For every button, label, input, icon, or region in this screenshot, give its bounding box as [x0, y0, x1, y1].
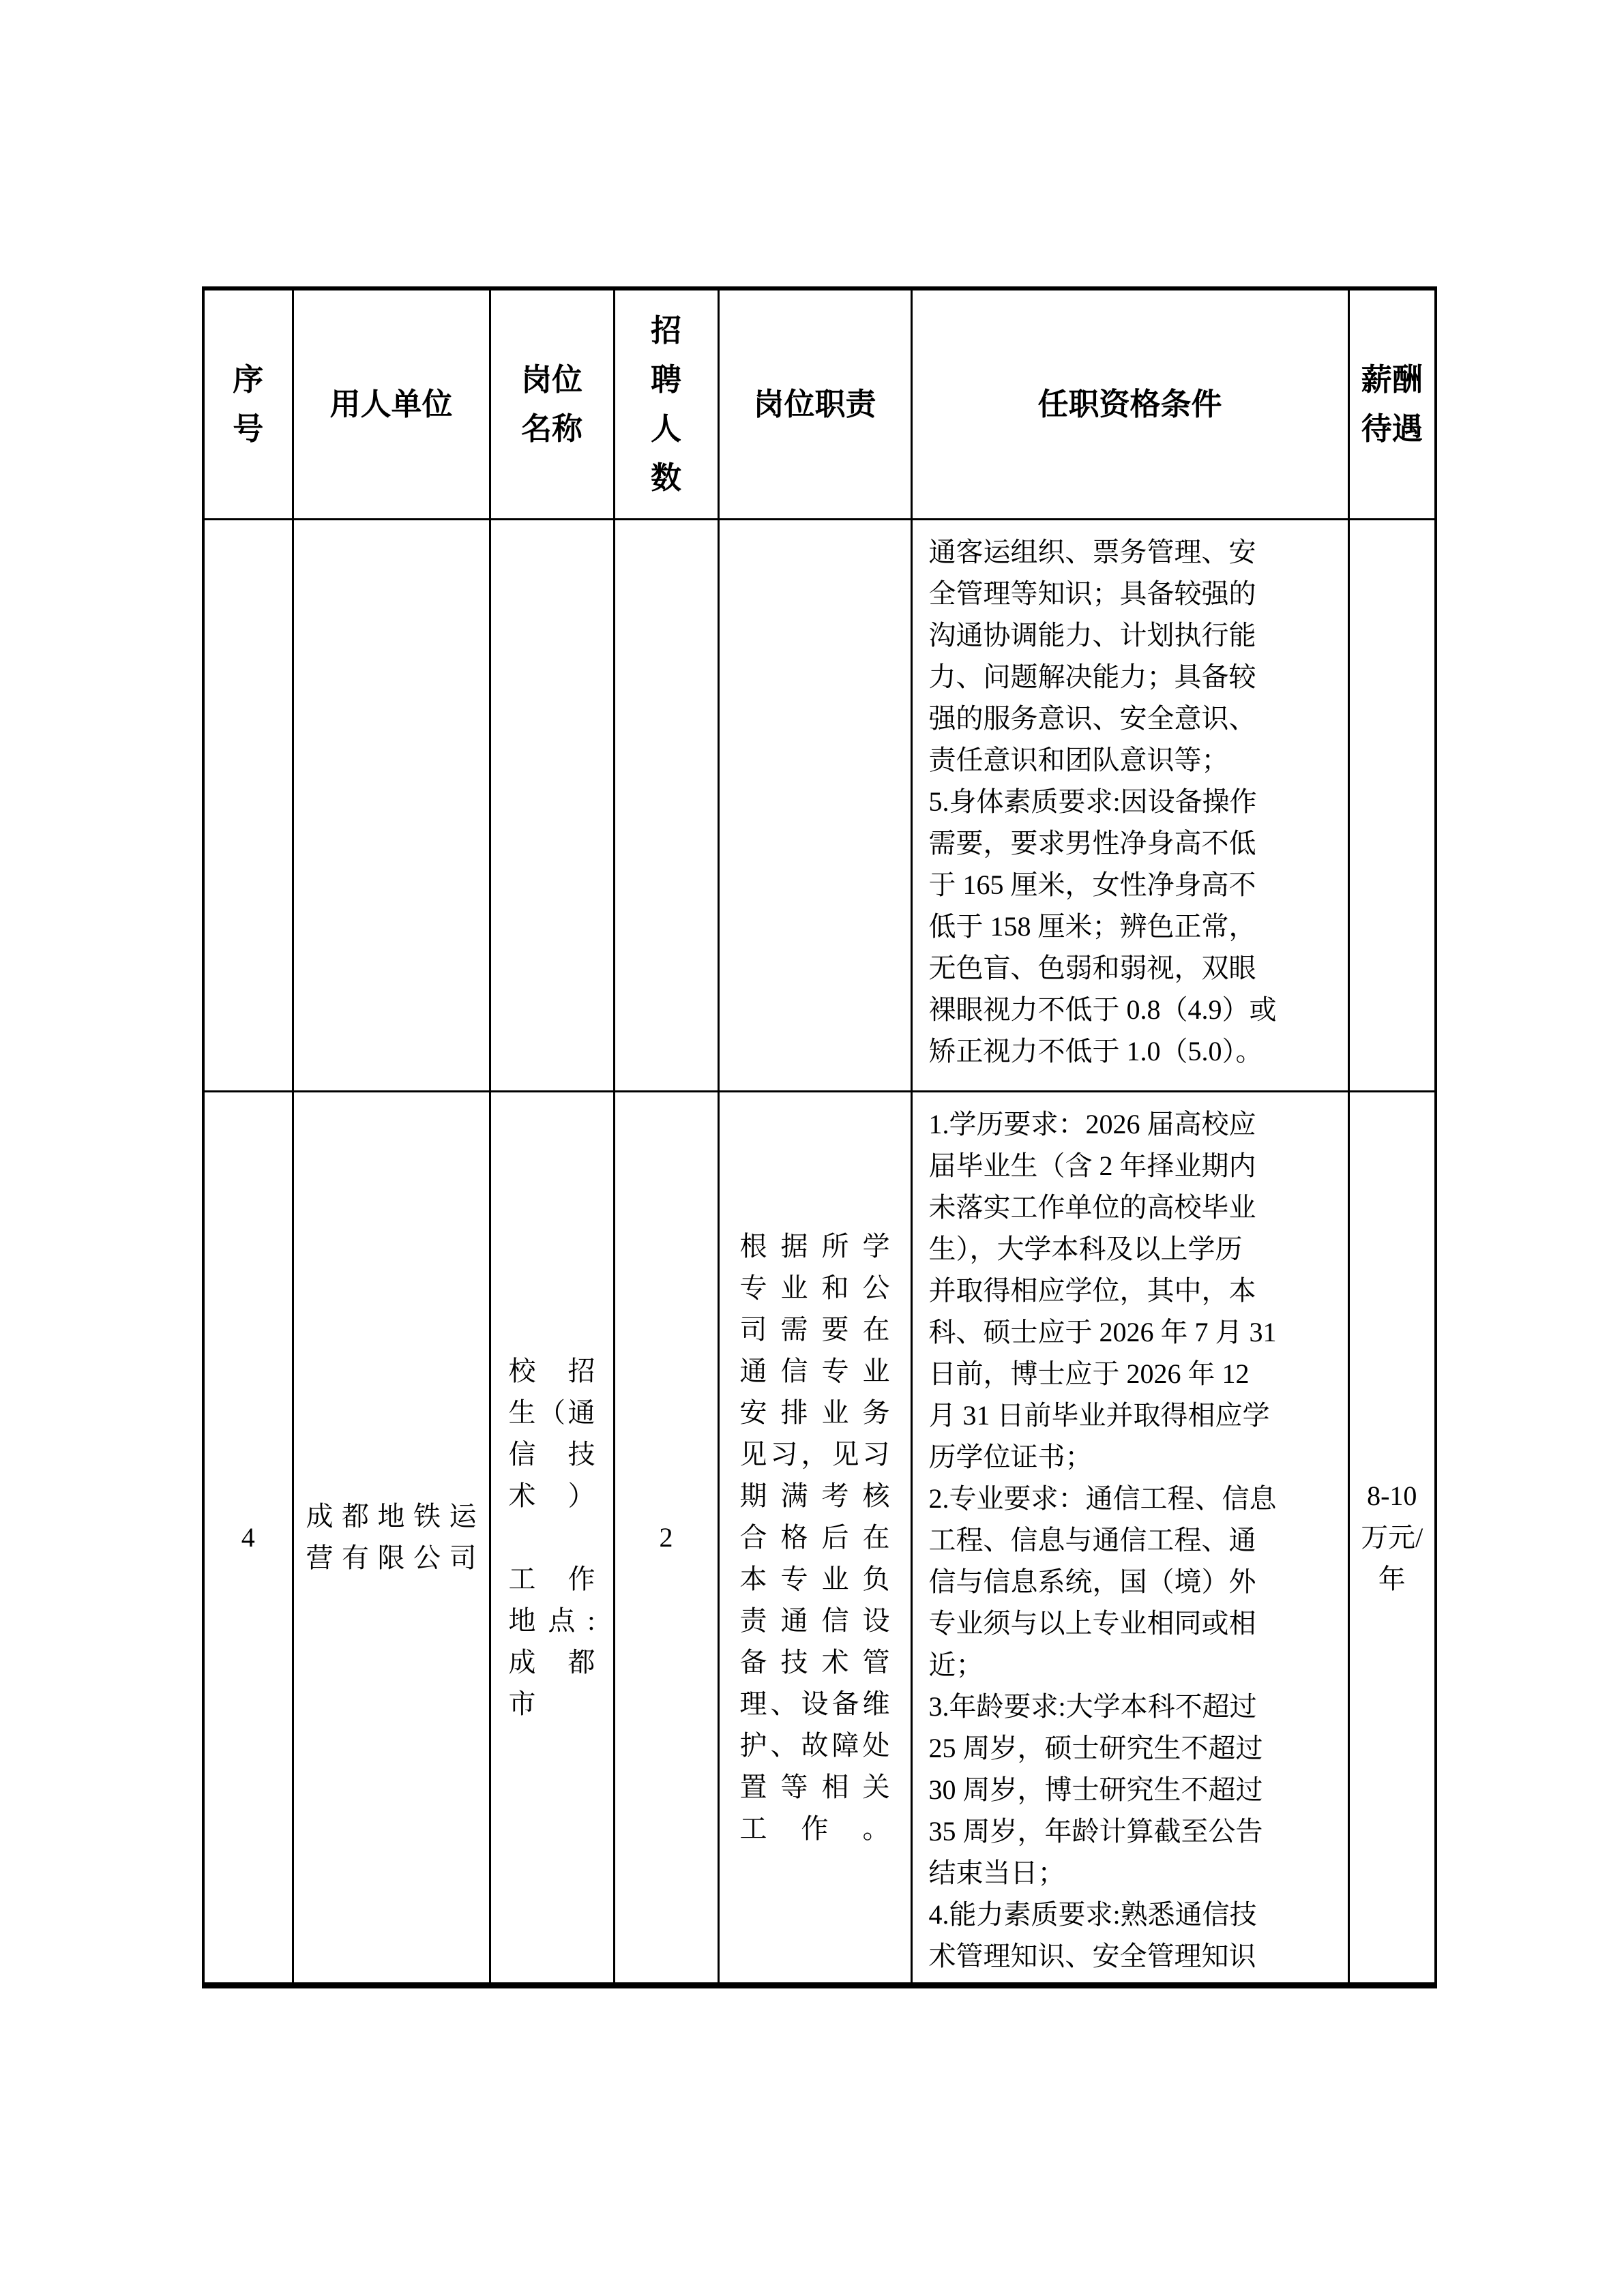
- cell-position: 校招 生（通 信技 术） 工作 地点: 成都 市: [490, 1091, 614, 1985]
- document-page: 序 号 用人单位 岗位 名称 招 聘 人 数 岗位职责 任职资格条件 薪酬 待遇…: [0, 0, 1624, 2296]
- header-seq: 序 号: [203, 288, 293, 519]
- cell-headcount-empty: [614, 519, 718, 1091]
- header-qualifications: 任职资格条件: [911, 288, 1348, 519]
- header-position-name: 岗位 名称: [490, 288, 614, 519]
- recruitment-table: 序 号 用人单位 岗位 名称 招 聘 人 数 岗位职责 任职资格条件 薪酬 待遇…: [202, 286, 1437, 1988]
- cell-duties-empty: [718, 519, 911, 1091]
- cell-seq-empty: [203, 519, 293, 1091]
- cell-position-empty: [490, 519, 614, 1091]
- cell-headcount: 2: [614, 1091, 718, 1985]
- table-row-4: 4 成都地铁运 营有限公司 校招 生（通 信技 术） 工作 地点: 成都 市 2…: [203, 1091, 1436, 1985]
- header-employer: 用人单位: [293, 288, 490, 519]
- cell-employer: 成都地铁运 营有限公司: [293, 1091, 490, 1985]
- header-salary: 薪酬 待遇: [1348, 288, 1436, 519]
- header-headcount: 招 聘 人 数: [614, 288, 718, 519]
- cell-employer-empty: [293, 519, 490, 1091]
- header-row: 序 号 用人单位 岗位 名称 招 聘 人 数 岗位职责 任职资格条件 薪酬 待遇: [203, 288, 1436, 519]
- cell-seq: 4: [203, 1091, 293, 1985]
- table-row-continuation: 通客运组织、票务管理、安 全管理等知识；具备较强的 沟通协调能力、计划执行能 力…: [203, 519, 1436, 1091]
- cell-qualifications-continuation: 通客运组织、票务管理、安 全管理等知识；具备较强的 沟通协调能力、计划执行能 力…: [911, 519, 1348, 1091]
- cell-qualifications: 1.学历要求：2026 届高校应 届毕业生（含 2 年择业期内 未落实工作单位的…: [911, 1091, 1348, 1985]
- cell-salary-empty: [1348, 519, 1436, 1091]
- cell-salary: 8-10 万元/ 年: [1348, 1091, 1436, 1985]
- cell-duties: 根据所学 专业和公 司需要在 通信专业 安排业务 见习，见习 期满考核 合格后在…: [718, 1091, 911, 1985]
- header-duties: 岗位职责: [718, 288, 911, 519]
